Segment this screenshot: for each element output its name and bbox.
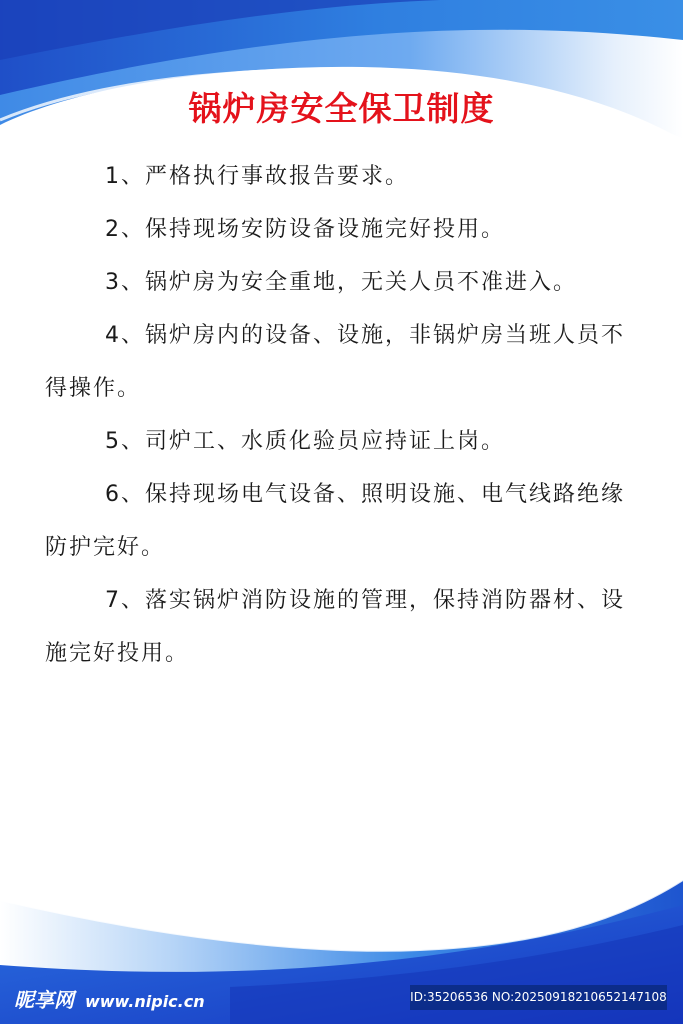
watermark-url: www.nipic.cn [85, 992, 205, 1011]
rule-item-1: 1、严格执行事故报告要求。 [45, 150, 645, 203]
rules-list: 1、严格执行事故报告要求。 2、保持现场安防设备设施完好投用。 3、锅炉房为安全… [45, 150, 645, 680]
rule-item-2: 2、保持现场安防设备设施完好投用。 [45, 203, 645, 256]
watermark-logo-text: 昵享网 [14, 988, 74, 1012]
watermark-id-badge: ID:35206536 NO:20250918210652147108 [410, 985, 667, 1010]
rule-item-4: 4、锅炉房内的设备、设施，非锅炉房当班人员不得操作。 [45, 309, 645, 415]
rule-item-7: 7、落实锅炉消防设施的管理，保持消防器材、设施完好投用。 [45, 574, 645, 680]
rule-item-6: 6、保持现场电气设备、照明设施、电气线路绝缘防护完好。 [45, 468, 645, 574]
rule-item-3: 3、锅炉房为安全重地，无关人员不准进入。 [45, 256, 645, 309]
document-title: 锅炉房安全保卫制度 [0, 83, 683, 130]
rule-item-5: 5、司炉工、水质化验员应持证上岗。 [45, 415, 645, 468]
watermark-logo: 昵享网 www.nipic.cn [14, 984, 205, 1013]
